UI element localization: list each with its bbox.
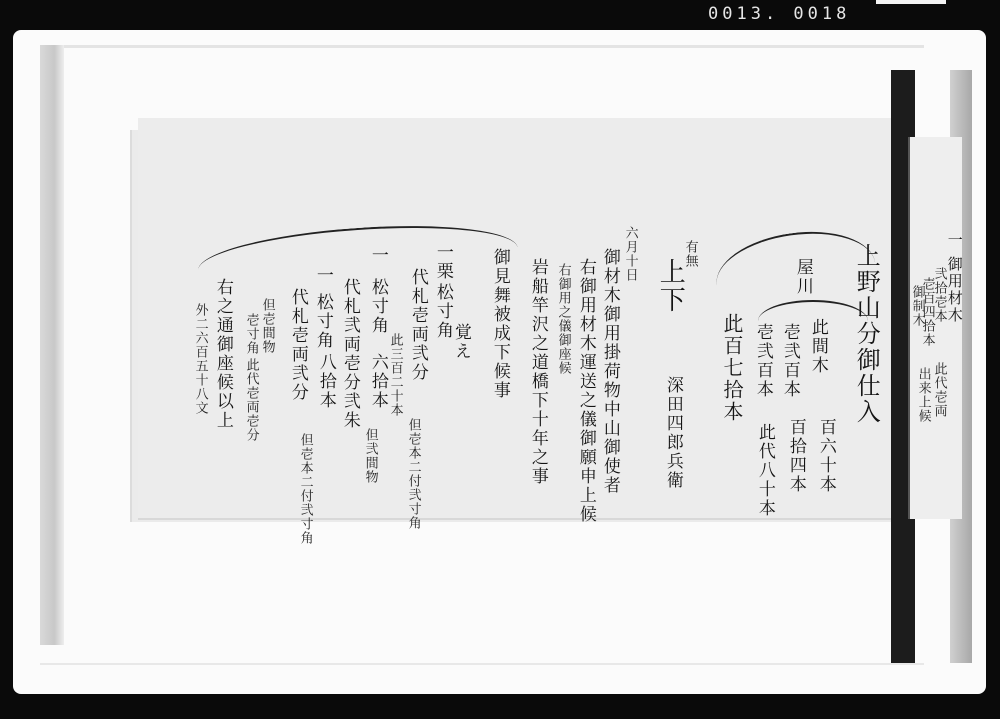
slip-line: 一 御用材木 xyxy=(946,232,962,324)
binding-shadow-left xyxy=(40,45,64,645)
frame-counter: 0013. 0018 xyxy=(708,4,850,24)
item-3: 御見舞被成下候事 xyxy=(490,248,508,400)
item-0-sub: 右御用材木運送之儀御願申上候 xyxy=(576,258,594,524)
section-2-label: 上下 xyxy=(656,258,683,314)
list-detail: 代札壱両弐分 xyxy=(288,288,306,402)
list-item: 但壱間物 xyxy=(260,298,274,354)
section-1-line: 壱弐百本 xyxy=(780,323,798,399)
list-marker: 一栗 xyxy=(433,243,451,281)
list-detail: 代札弐両壱分弐朱 xyxy=(340,278,358,430)
item-1: 右御用之儀御座候 xyxy=(556,263,570,375)
slip-line: 出来上候 xyxy=(916,367,930,423)
list-marker: 一 xyxy=(313,266,331,285)
list-price: 此三百二十本 xyxy=(388,333,402,417)
list-price: 八拾本 xyxy=(316,353,334,410)
list-item: 松寸角 xyxy=(433,283,451,340)
section-1-label: 屋川 xyxy=(793,258,811,296)
section-1-price: 百拾四本 xyxy=(786,418,804,494)
note-label: 覚え xyxy=(451,323,469,361)
section-1-line: 此間木 xyxy=(808,318,826,375)
section-1-price: 此代八十本 xyxy=(755,423,773,518)
heading: 上野山分御仕入 xyxy=(853,243,878,425)
closing-sub: 外二六百五十八文 xyxy=(193,303,207,415)
item-2: 岩船竿沢之道橋下十年之事 xyxy=(528,258,546,486)
list-note: 但壱本二付弐寸角 xyxy=(406,418,420,530)
section-2-marker: 有無 xyxy=(683,240,697,268)
slip-line: 御制木 xyxy=(910,285,924,327)
list-item: 松寸角 xyxy=(313,293,331,350)
list-price: 六拾本 xyxy=(368,353,386,410)
list-marker: 一 xyxy=(368,246,386,265)
signature: 深田四郎兵衛 xyxy=(663,376,681,490)
section-1-line: 此百七拾本 xyxy=(721,313,742,423)
main-sheet: 上野山分御仕入 屋川 此間木 壱弐百本 壱弐百本 此百七拾本 百六十本 百拾四本… xyxy=(138,118,896,518)
list-price: 此代壱両壱分 xyxy=(244,358,258,442)
film-sprocket-tab xyxy=(876,0,946,4)
section-1-price: 百六十本 xyxy=(816,418,834,494)
closing-line: 右之通御座候以上 xyxy=(213,278,231,430)
date-note: 六月十日 xyxy=(623,226,637,282)
list-detail: 壱寸角 xyxy=(244,313,258,355)
list-detail: 代札壱両弐分 xyxy=(408,268,426,382)
slip-line: 此代壱両 xyxy=(932,362,946,418)
section-1-line: 壱弐百本 xyxy=(753,323,771,399)
item-0: 御材木御用掛荷物中山御使者 xyxy=(600,248,618,495)
list-note: 但壱本二付弐寸角 xyxy=(298,433,312,545)
list-item: 松寸角 xyxy=(368,278,386,335)
side-slip: 一 御用材木 弐拾壱本 壱百四拾本 御制木 此代壱両 出来上候 xyxy=(908,137,962,519)
list-note: 但弐間物 xyxy=(363,428,377,484)
